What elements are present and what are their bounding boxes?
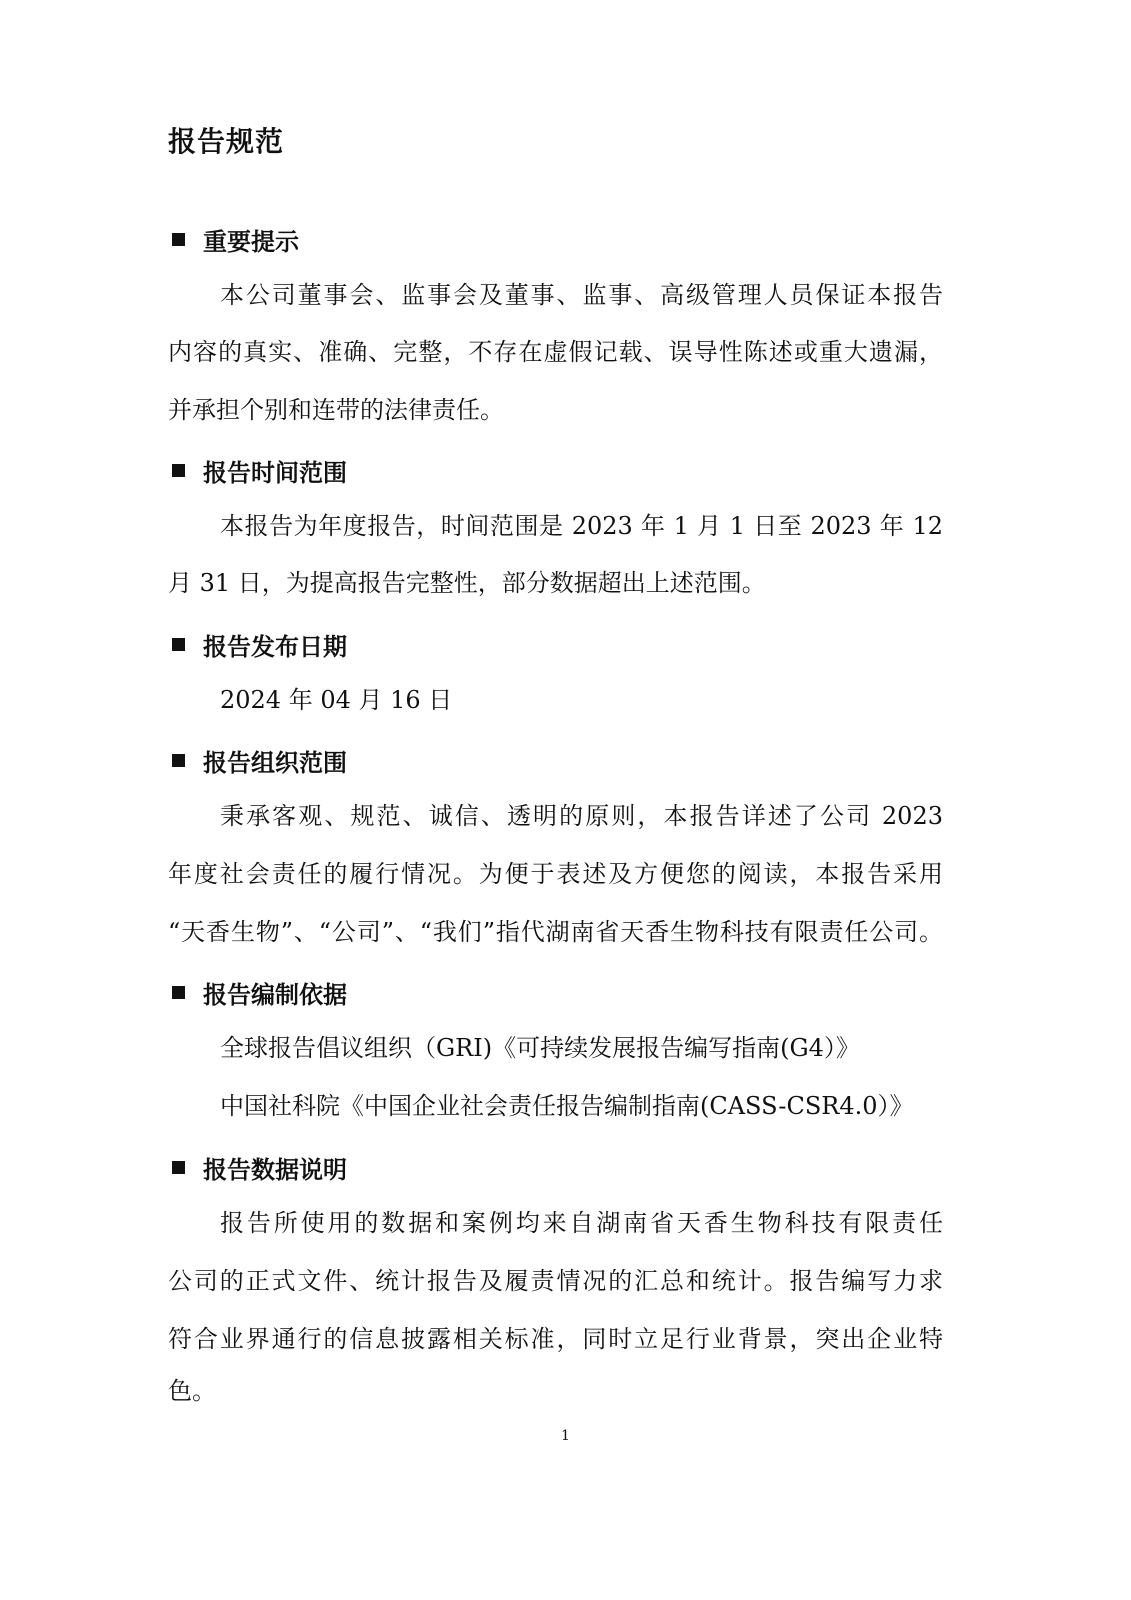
paragraph-line: 秉承客观、规范、诚信、透明的原则，本报告详述了公司 2023 (220, 801, 943, 831)
section-heading-data-notes: 报告数据说明 (168, 1150, 347, 1185)
reference-item: 全球报告倡议组织（GRI)《可持续发展报告编写指南(G4）》 (220, 1033, 943, 1063)
paragraph-line: 公司的正式文件、统计报告及履责情况的汇总和统计。报告编写力求 (168, 1266, 943, 1296)
square-bullet-icon (172, 233, 185, 246)
paragraph-line: 月 31 日，为提高报告完整性，部分数据超出上述范围。 (168, 568, 943, 598)
paragraph-line: 色。 (168, 1376, 943, 1406)
release-date: 2024 年 04 月 16 日 (220, 685, 943, 715)
section-heading-important-notice: 重要提示 (168, 222, 299, 257)
reference-item: 中国社科院《中国企业社会责任报告编制指南(CASS-CSR4.0）》 (220, 1091, 943, 1121)
section-heading-release-date: 报告发布日期 (168, 627, 347, 662)
square-bullet-icon (172, 754, 185, 767)
heading-text: 报告编制依据 (203, 975, 347, 1010)
heading-text: 报告组织范围 (203, 743, 347, 778)
heading-text: 报告发布日期 (203, 627, 347, 662)
paragraph-line: 并承担个别和连带的法律责任。 (168, 395, 943, 425)
paragraph-line: 本报告为年度报告，时间范围是 2023 年 1 月 1 日至 2023 年 12 (220, 511, 943, 541)
heading-text: 报告数据说明 (203, 1150, 347, 1185)
paragraph-line: 符合业界通行的信息披露相关标准，同时立足行业背景，突出企业特 (168, 1324, 943, 1354)
square-bullet-icon (172, 1161, 185, 1174)
paragraph-line: 本公司董事会、监事会及董事、监事、高级管理人员保证本报告 (220, 280, 943, 310)
heading-text: 重要提示 (203, 222, 299, 257)
paragraph-line: 年度社会责任的履行情况。为便于表述及方便您的阅读，本报告采用 (168, 859, 943, 889)
page-title: 报告规范 (168, 120, 284, 160)
section-heading-basis: 报告编制依据 (168, 975, 347, 1010)
paragraph-line: 内容的真实、准确、完整，不存在虚假记载、误导性陈述或重大遗漏， (168, 337, 943, 367)
square-bullet-icon (172, 464, 185, 477)
page-number: 1 (0, 1428, 1131, 1444)
square-bullet-icon (172, 638, 185, 651)
paragraph-line: “天香生物”、“公司”、“我们”指代湖南省天香生物科技有限责任公司。 (168, 917, 943, 947)
section-heading-time-range: 报告时间范围 (168, 453, 347, 488)
square-bullet-icon (172, 986, 185, 999)
heading-text: 报告时间范围 (203, 453, 347, 488)
section-heading-org-scope: 报告组织范围 (168, 743, 347, 778)
paragraph-line: 报告所使用的数据和案例均来自湖南省天香生物科技有限责任 (220, 1208, 943, 1238)
